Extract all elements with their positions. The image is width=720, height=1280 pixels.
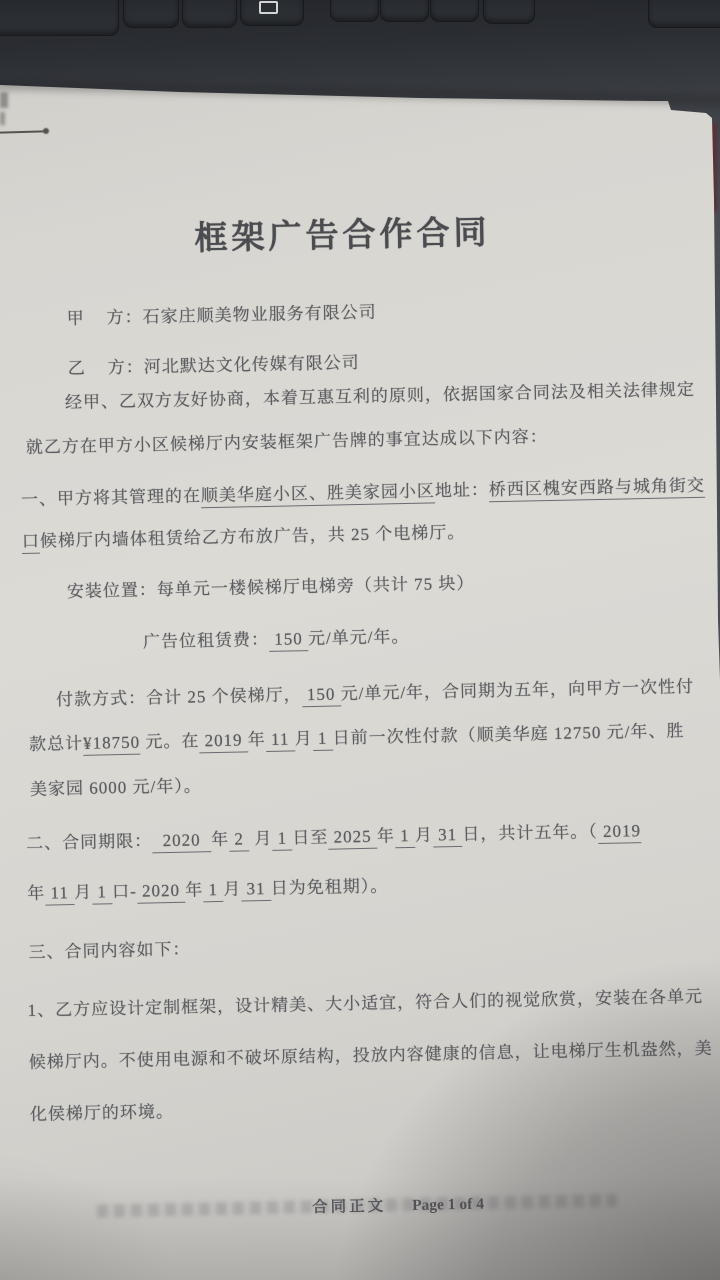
photo-scene: 框架广告合作合同 甲方：石家庄顺美物业服务有限公司 乙方：河北默达文化传媒有限公… — [0, 0, 720, 1280]
party-a-separator: 方： — [106, 307, 142, 327]
contract-line-preamble-2: 就乙方在甲方小区候梯厅内安装框架广告牌的事宜达成以下内容： — [26, 422, 548, 458]
party-a-name: 石家庄顺美物业服务有限公司 — [142, 303, 376, 327]
contract-line-payment-2: 款总计¥18750 元。在 2019 年 11 月 1 日前一次性付款（顺美华庭… — [29, 716, 685, 755]
contract-line-install-position: 安装位置：每单元一楼候梯厅电梯旁（共计 75 块） — [67, 569, 475, 603]
paper-edge-smudge — [0, 112, 5, 125]
contract-title: 框架广告合作合同 — [194, 206, 491, 259]
pen-arrow-tip — [43, 128, 49, 134]
party-a-label: 甲 — [66, 303, 107, 329]
party-b-separator: 方： — [108, 357, 144, 377]
contract-line-payment-3: 美家园 6000 元/年）。 — [30, 771, 202, 800]
contract-line-section2-1: 二、合同期限： 2020 年 2 月 1 日至 2025 年 1 月 31 日，… — [26, 816, 641, 854]
contract-line-section3-heading: 三、合同内容如下： — [28, 935, 190, 963]
contract-text-layer: 框架广告合作合同 甲方：石家庄顺美物业服务有限公司 乙方：河北默达文化传媒有限公… — [0, 0, 720, 1280]
contract-line-payment-1: 付款方式：合计 25 个侯梯厅， 150 元/单元/年，合同期为五年，向甲方一次… — [56, 672, 694, 710]
contract-line-item1-1: 1、乙方应设计定制框架，设计精美、大小适宜，符合人们的视觉欣赏，安装在各单元 — [27, 982, 703, 1021]
contract-line-item1-3: 化侯梯厅的环境。 — [30, 1097, 174, 1125]
party-b-name: 河北默达文化传媒有限公司 — [144, 353, 360, 377]
paper-edge-smudge — [0, 92, 8, 108]
contract-line-section1-1: 一、甲方将其管理的在顺美华庭小区、胜美家园小区地址：桥西区槐安西路与城角街交 — [21, 471, 705, 510]
contract-line-item1-2: 候梯厅内。不使用电源和不破坏原结构，投放内容健康的信息，让电梯厅生机盎然，美 — [28, 1034, 712, 1073]
contract-line-section1-2: 口候梯厅内墙体租赁给乙方布放广告，共 25 个电梯厅。 — [22, 518, 466, 552]
contract-line-section2-2: 年 11 月 1 口- 2020 年 1 月 31 日为免租期）。 — [27, 871, 388, 904]
contract-line-ad-fee: 广告位租赁费： 150 元/单元/年。 — [143, 622, 410, 653]
party-b-label: 乙 — [67, 353, 108, 379]
